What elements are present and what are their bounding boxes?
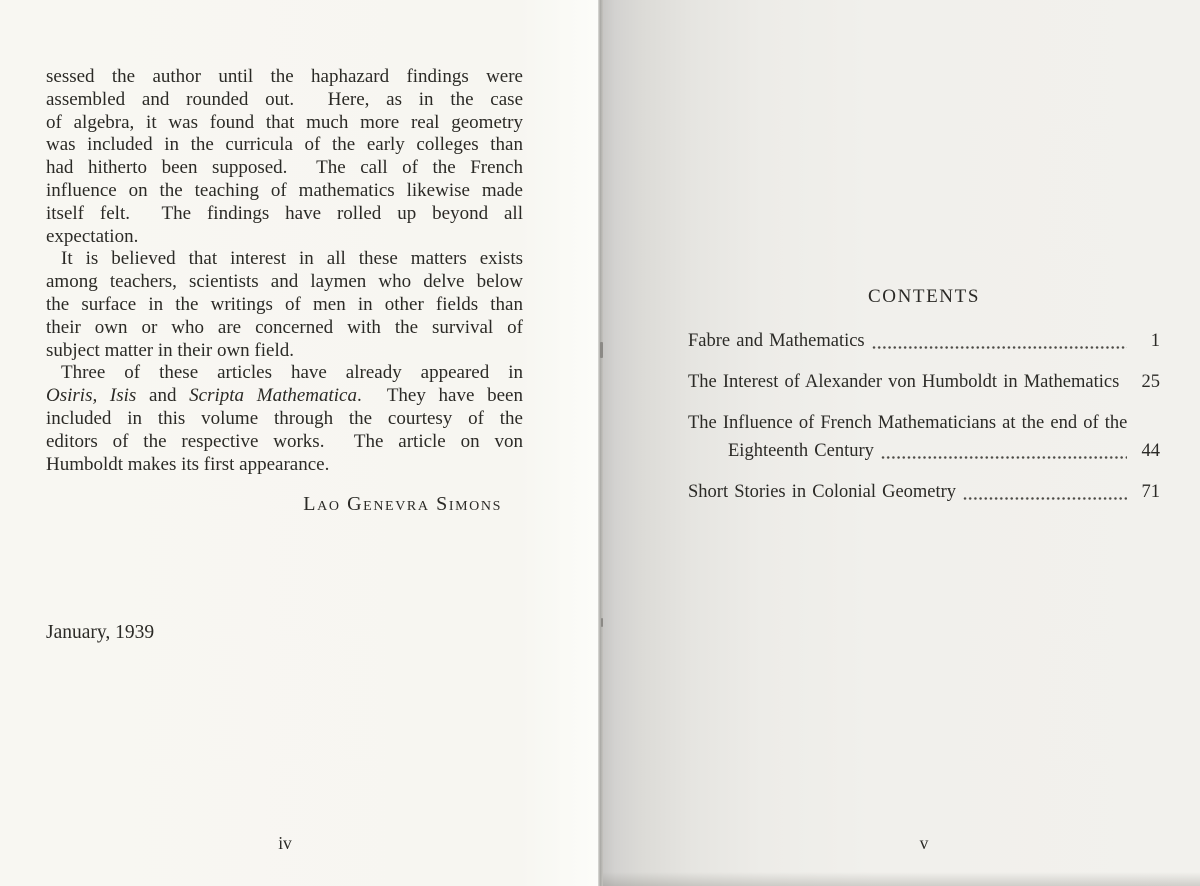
text-line: their own or who are concerned with the …: [46, 317, 523, 340]
text-line: included in this volume through the cour…: [46, 408, 523, 431]
toc-row: Short Stories in Colonial Geometry71: [688, 478, 1160, 506]
text-segment: sessed the author until the haphazard fi…: [46, 66, 523, 87]
author-signature: Lao Genevra Simons: [46, 493, 523, 516]
text-segment: itself felt. The findings have rolled up…: [46, 203, 523, 224]
left-page: sessed the author until the haphazard fi…: [0, 0, 598, 886]
toc-entry: Short Stories in Colonial Geometry71: [688, 478, 1160, 506]
text-line: among teachers, scientists and laymen wh…: [46, 271, 523, 294]
toc-entry: The Interest of Alexander von Humboldt i…: [688, 368, 1160, 396]
text-line: expectation.: [46, 226, 523, 249]
text-segment: had hitherto been supposed. The call of …: [46, 157, 523, 178]
text-segment: It is believed that interest in all thes…: [61, 248, 523, 269]
text-segment: of algebra, it was found that much more …: [46, 112, 523, 133]
text-line: sessed the author until the haphazard fi…: [46, 66, 523, 89]
text-segment: subject matter in their own field.: [46, 340, 294, 361]
italic-text: Scripta Mathematica: [189, 385, 357, 406]
text-segment: among teachers, scientists and laymen wh…: [46, 271, 523, 292]
text-line: Three of these articles have already app…: [46, 362, 523, 385]
toc-entry: The Influence of French Mathematicians a…: [688, 409, 1160, 465]
toc-title: The Influence of French Mathematicians a…: [688, 409, 1127, 437]
preface-text-block: sessed the author until the haphazard fi…: [46, 66, 523, 516]
toc-title: The Interest of Alexander von Humboldt i…: [688, 368, 1119, 396]
toc-entry: Fabre and Mathematics1: [688, 327, 1160, 355]
date-line: January, 1939: [46, 622, 154, 644]
text-line: assembled and rounded out. Here, as in t…: [46, 89, 523, 112]
text-line: the surface in the writings of men in ot…: [46, 294, 523, 317]
toc-row: The Interest of Alexander von Humboldt i…: [688, 368, 1160, 396]
page-bottom-shadow: [603, 872, 1200, 886]
text-line: was included in the curricula of the ear…: [46, 134, 523, 157]
text-segment: included in this volume through the cour…: [46, 408, 523, 429]
preface-paragraph: It is believed that interest in all thes…: [46, 248, 523, 362]
text-segment: and: [136, 385, 189, 406]
toc-list: Fabre and Mathematics1The Interest of Al…: [688, 327, 1160, 519]
text-segment: assembled and rounded out. Here, as in t…: [46, 89, 523, 110]
toc-title: Fabre and Mathematics: [688, 327, 865, 355]
dot-leader: [881, 455, 1127, 460]
left-page-number: iv: [0, 833, 570, 854]
text-line: editors of the respective works. The art…: [46, 431, 523, 454]
toc-page-number: 44: [1134, 437, 1160, 465]
text-segment: expectation.: [46, 226, 138, 247]
preface-paragraph: Three of these articles have already app…: [46, 362, 523, 476]
italic-text: Osiris, Isis: [46, 385, 136, 406]
text-line: It is believed that interest in all thes…: [46, 248, 523, 271]
text-segment: their own or who are concerned with the …: [46, 317, 523, 338]
dot-leader: [1121, 391, 1132, 396]
preface-paragraphs: sessed the author until the haphazard fi…: [46, 66, 523, 476]
contents-heading: CONTENTS: [688, 286, 1160, 308]
toc-page-number: 71: [1134, 478, 1160, 506]
toc-page-number: 25: [1134, 368, 1160, 396]
text-segment: the surface in the writings of men in ot…: [46, 294, 523, 315]
toc-page-number: 1: [1134, 327, 1160, 355]
toc-title: Short Stories in Colonial Geometry: [688, 478, 956, 506]
text-line: influence on the teaching of mathematics…: [46, 180, 523, 203]
text-line: of algebra, it was found that much more …: [46, 112, 523, 135]
text-segment: influence on the teaching of mathematics…: [46, 180, 523, 201]
text-segment: was included in the curricula of the ear…: [46, 134, 523, 155]
toc-row: The Influence of French Mathematicians a…: [688, 409, 1160, 437]
text-line: Humboldt makes its first appearance.: [46, 454, 523, 477]
text-line: had hitherto been supposed. The call of …: [46, 157, 523, 180]
text-segment: . They have been: [357, 385, 523, 406]
text-line: subject matter in their own field.: [46, 340, 523, 363]
preface-paragraph: sessed the author until the haphazard fi…: [46, 66, 523, 248]
text-segment: Humboldt makes its first appearance.: [46, 454, 329, 475]
right-page-number: v: [688, 833, 1160, 854]
text-segment: editors of the respective works. The art…: [46, 431, 523, 452]
dot-leader: [872, 345, 1127, 350]
toc-title: Eighteenth Century: [728, 437, 874, 465]
text-line: Osiris, Isis and Scripta Mathematica. Th…: [46, 385, 523, 408]
text-line: itself felt. The findings have rolled up…: [46, 203, 523, 226]
text-segment: Three of these articles have already app…: [61, 362, 523, 383]
toc-row: Eighteenth Century44: [688, 437, 1160, 465]
dot-leader: [963, 496, 1127, 501]
toc-row: Fabre and Mathematics1: [688, 327, 1160, 355]
